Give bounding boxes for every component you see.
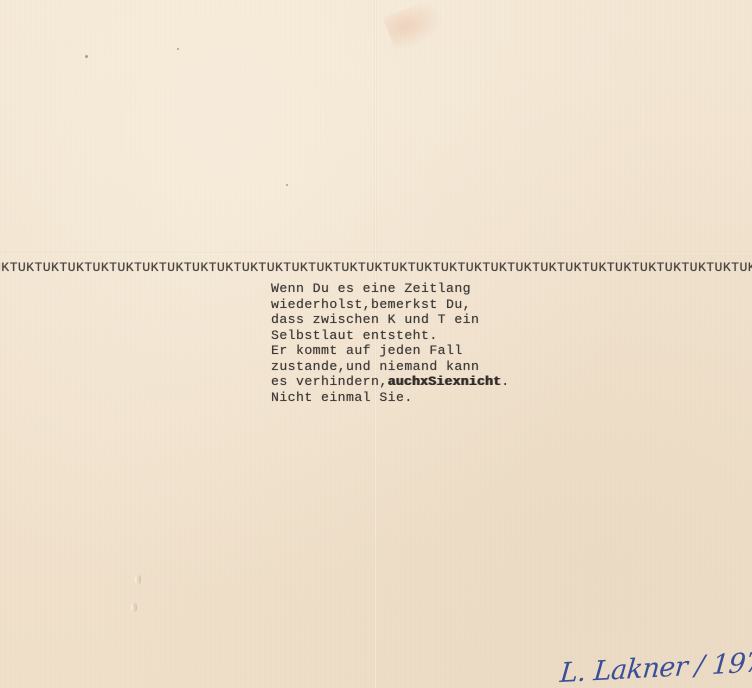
paper-sheet: UKTUKTUKTUKTUKTUKTUKTUKTUKTUKTUKTUKTUKTU… — [0, 0, 752, 688]
poem-line-end: . — [501, 374, 509, 389]
paper-speck — [85, 55, 88, 58]
paper-speck — [286, 184, 288, 186]
poem-text-block: Wenn Du es eine Zeitlang wiederholst,bem… — [271, 281, 510, 405]
paper-speck — [177, 48, 179, 50]
poem-line: Nicht einmal Sie. — [271, 390, 510, 406]
struck-out-text: auchxSiexnicht — [388, 374, 502, 389]
poem-line: dass zwischen K und T ein — [271, 312, 510, 328]
poem-line: wiederholst,bemerkst Du, — [271, 297, 510, 313]
poem-line-with-strikeout: es verhindern,auchxSiexnicht. — [271, 374, 510, 390]
horizontal-fold-line — [0, 252, 752, 254]
poem-line: zustande,und niemand kann — [271, 359, 510, 375]
paper-stain — [383, 0, 453, 55]
paper-emboss-mark — [131, 603, 137, 612]
poem-line: Wenn Du es eine Zeitlang — [271, 281, 510, 297]
poem-line-start: es verhindern, — [271, 374, 388, 389]
poem-line: Selbstlaut entsteht. — [271, 328, 510, 344]
handwritten-signature: L. Lakner / 1971. — [559, 646, 752, 688]
paper-emboss-mark — [135, 575, 141, 584]
tuk-repeated-band: UKTUKTUKTUKTUKTUKTUKTUKTUKTUKTUKTUKTUKTU… — [0, 261, 752, 275]
poem-line: Er kommt auf jeden Fall — [271, 343, 510, 359]
